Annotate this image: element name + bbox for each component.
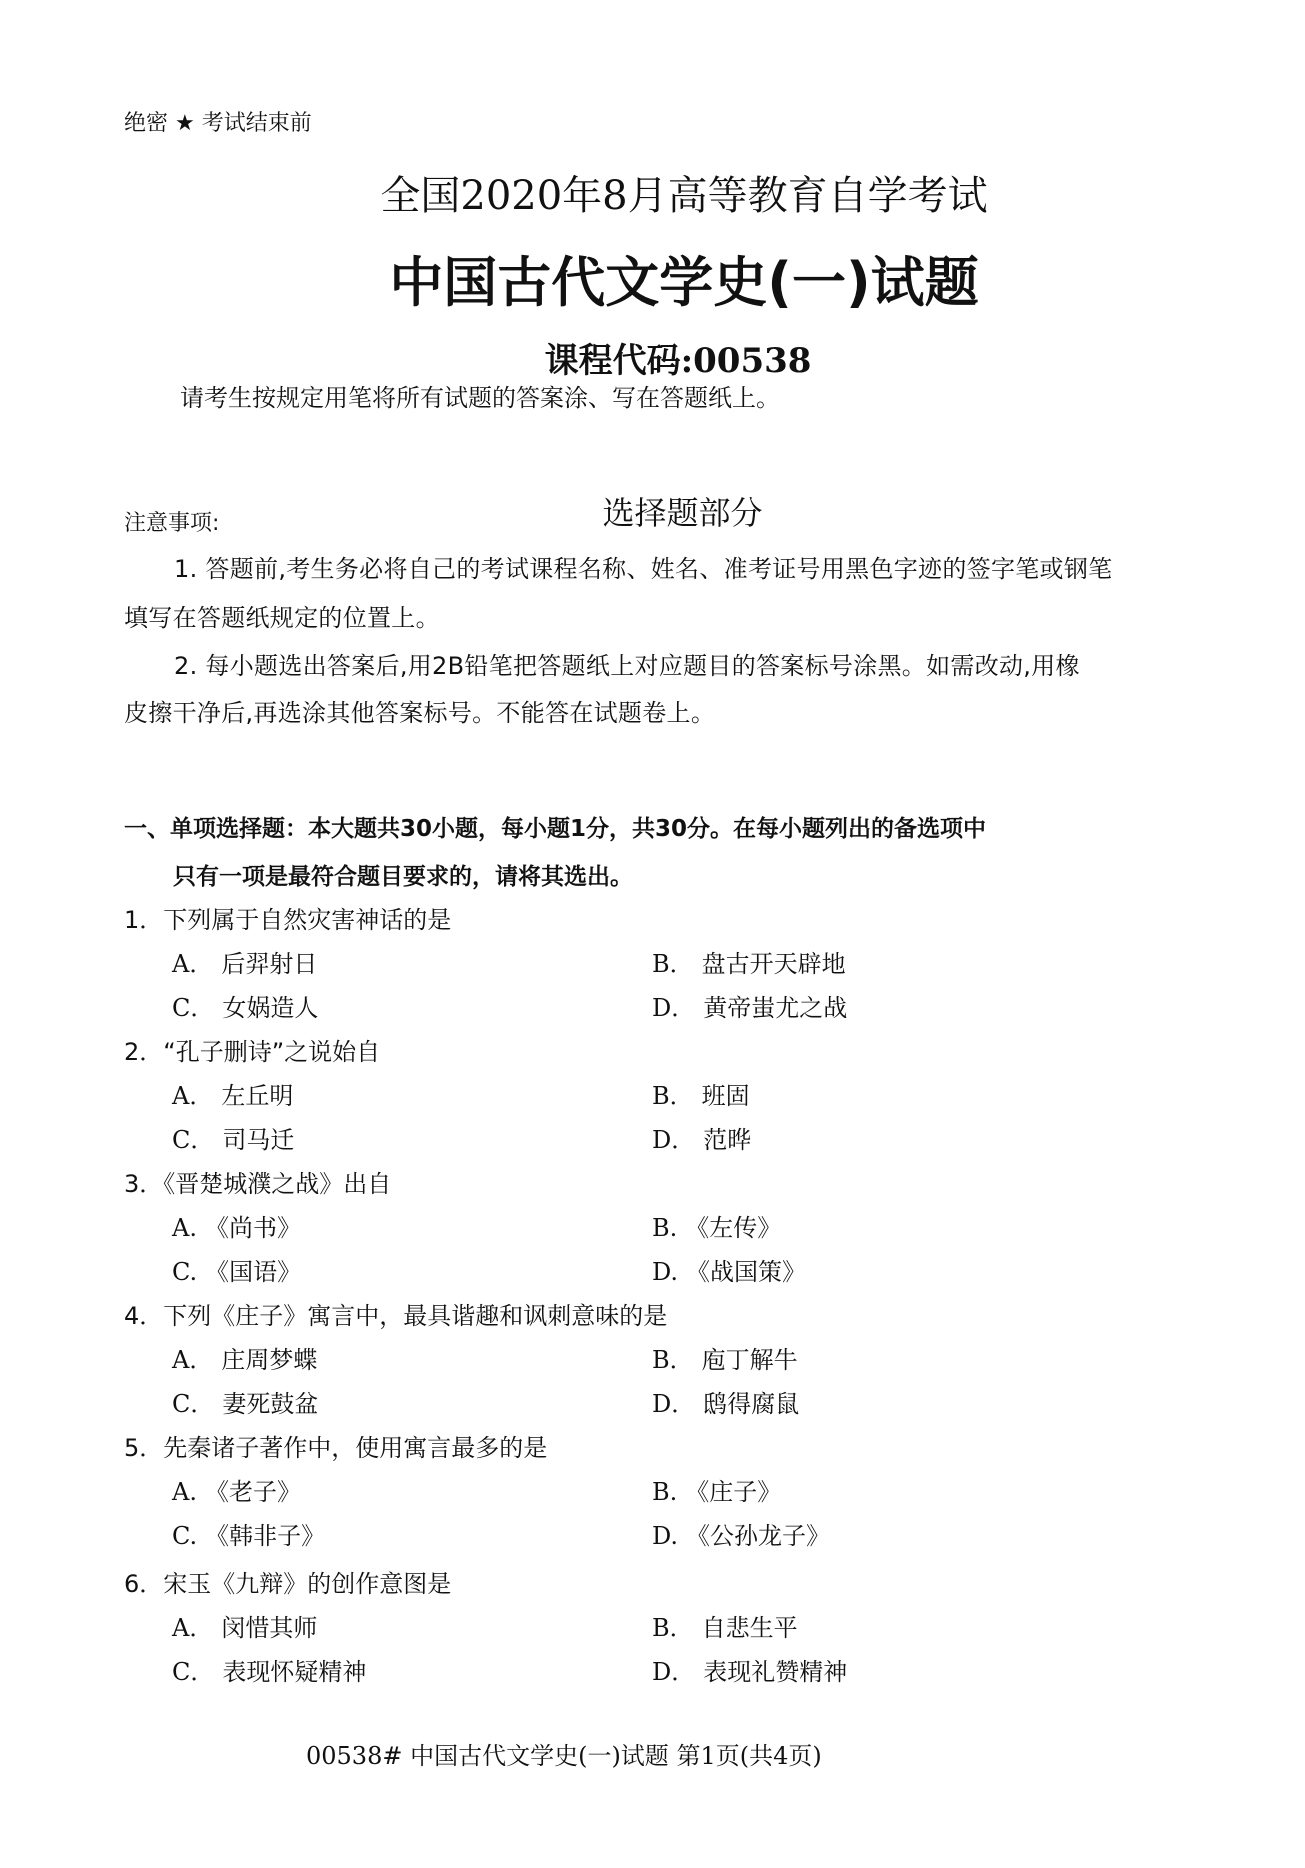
section-heading-cont: 只有一项是最符合题目要求的，请将其选出。 <box>173 858 633 891</box>
note-line: 2. 每小题选出答案后,用2B铅笔把答题纸上对应题目的答案标号涂黑。如需改动,用… <box>174 646 1080 681</box>
option-label: C． <box>172 1384 214 1419</box>
option-c: C.《韩非子》 <box>172 1516 325 1551</box>
option-text: 鸱得腐鼠 <box>703 1390 799 1418</box>
option-text: 后羿射日 <box>221 950 317 978</box>
option-text: 庖丁解牛 <box>702 1346 798 1374</box>
note-line: 1. 答题前,考生务必将自己的考试课程名称、姓名、准考证号用黑色字迹的签字笔或钢… <box>174 549 1112 584</box>
option-label: C. <box>172 1258 197 1286</box>
option-label: C. <box>172 1522 197 1550</box>
option-text: 《公孙龙子》 <box>686 1522 830 1550</box>
question-stem: 3．《晋楚城濮之战》出自 <box>124 1164 391 1199</box>
option-d: D．黄帝蚩尤之战 <box>652 988 847 1023</box>
option-text: 范晔 <box>703 1126 751 1154</box>
option-b: B.《庄子》 <box>652 1472 781 1507</box>
option-a: A．闵惜其师 <box>172 1608 317 1643</box>
option-d: D．鸱得腐鼠 <box>652 1384 799 1419</box>
option-text: 闵惜其师 <box>221 1614 317 1642</box>
option-label: A． <box>172 944 213 979</box>
option-label: D. <box>652 1522 678 1550</box>
option-d: D．表现礼赞精神 <box>652 1652 847 1687</box>
option-text: 班固 <box>702 1082 750 1110</box>
option-text: 自悲生平 <box>702 1614 798 1642</box>
question-stem: 6．宋玉《九辩》的创作意图是 <box>124 1564 451 1599</box>
option-label: B． <box>652 1608 694 1643</box>
section-heading: 一、单项选择题：本大题共30小题，每小题1分，共30分。在每小题列出的备选项中 <box>124 810 986 843</box>
option-label: A． <box>172 1340 213 1375</box>
confidential-mark: 绝密 ★ 考试结束前 <box>124 106 312 137</box>
page-footer: 00538# 中国古代文学史(一)试题 第1页(共4页) <box>306 1736 822 1771</box>
option-label: A． <box>172 1076 213 1111</box>
option-b: B.《左传》 <box>652 1208 781 1243</box>
option-text: 女娲造人 <box>222 994 318 1022</box>
option-text: 盘古开天辟地 <box>702 950 846 978</box>
option-b: B．盘古开天辟地 <box>652 944 846 979</box>
option-d: D．范晔 <box>652 1120 751 1155</box>
question-stem: 1．下列属于自然灾害神话的是 <box>124 900 451 935</box>
option-b: B．庖丁解牛 <box>652 1340 798 1375</box>
notes-heading: 注意事项: <box>124 506 219 537</box>
option-c: C．女娲造人 <box>172 988 318 1023</box>
option-label: A． <box>172 1608 213 1643</box>
option-text: 《老子》 <box>205 1478 301 1506</box>
option-label: D． <box>652 1120 695 1155</box>
option-text: 表现怀疑精神 <box>222 1658 366 1686</box>
option-label: B． <box>652 1076 694 1111</box>
option-c: C．妻死鼓盆 <box>172 1384 318 1419</box>
option-a: A.《尚书》 <box>172 1208 301 1243</box>
option-label: C． <box>172 988 214 1023</box>
exam-title: 全国2020年8月高等教育自学考试 <box>0 164 1305 221</box>
option-label: B． <box>652 944 694 979</box>
option-text: 妻死鼓盆 <box>222 1390 318 1418</box>
course-code: 课程代码:00538 <box>0 333 1305 382</box>
option-label: D． <box>652 988 695 1023</box>
option-label: C． <box>172 1120 214 1155</box>
option-d: D.《战国策》 <box>652 1252 806 1287</box>
option-label: A. <box>172 1478 197 1506</box>
option-label: D． <box>652 1652 695 1687</box>
option-a: A．左丘明 <box>172 1076 293 1111</box>
option-d: D.《公孙龙子》 <box>652 1516 830 1551</box>
option-text: 司马迁 <box>222 1126 294 1154</box>
question-stem: 5．先秦诸子著作中，使用寓言最多的是 <box>124 1428 547 1463</box>
option-label: B. <box>652 1478 677 1506</box>
option-label: B. <box>652 1214 677 1242</box>
option-text: 《韩非子》 <box>205 1522 325 1550</box>
option-c: C．表现怀疑精神 <box>172 1652 366 1687</box>
option-b: B．班固 <box>652 1076 750 1111</box>
option-label: D． <box>652 1384 695 1419</box>
option-label: D. <box>652 1258 678 1286</box>
option-c: C．司马迁 <box>172 1120 294 1155</box>
option-a: A．庄周梦蝶 <box>172 1340 317 1375</box>
option-c: C.《国语》 <box>172 1252 301 1287</box>
option-text: 《国语》 <box>205 1258 301 1286</box>
option-label: A. <box>172 1214 197 1242</box>
option-text: 《战国策》 <box>686 1258 806 1286</box>
option-text: 左丘明 <box>221 1082 293 1110</box>
option-a: A.《老子》 <box>172 1472 301 1507</box>
option-b: B．自悲生平 <box>652 1608 798 1643</box>
note-line: 皮擦干净后,再选涂其他答案标号。不能答在试题卷上。 <box>124 693 715 728</box>
option-label: C． <box>172 1652 214 1687</box>
option-text: 《尚书》 <box>205 1214 301 1242</box>
option-a: A．后羿射日 <box>172 944 317 979</box>
question-stem: 2．“孔子删诗”之说始自 <box>124 1032 380 1067</box>
option-text: 黄帝蚩尤之战 <box>703 994 847 1022</box>
option-text: 《左传》 <box>685 1214 781 1242</box>
subject-title: 中国古代文学史(一)试题 <box>0 240 1305 317</box>
option-text: 庄周梦蝶 <box>221 1346 317 1374</box>
option-label: B． <box>652 1340 694 1375</box>
answer-instruction: 请考生按规定用笔将所有试题的答案涂、写在答题纸上。 <box>180 378 780 413</box>
question-stem: 4．下列《庄子》寓言中，最具谐趣和讽刺意味的是 <box>124 1296 667 1331</box>
option-text: 表现礼赞精神 <box>703 1658 847 1686</box>
note-line: 填写在答题纸规定的位置上。 <box>124 598 440 633</box>
option-text: 《庄子》 <box>685 1478 781 1506</box>
